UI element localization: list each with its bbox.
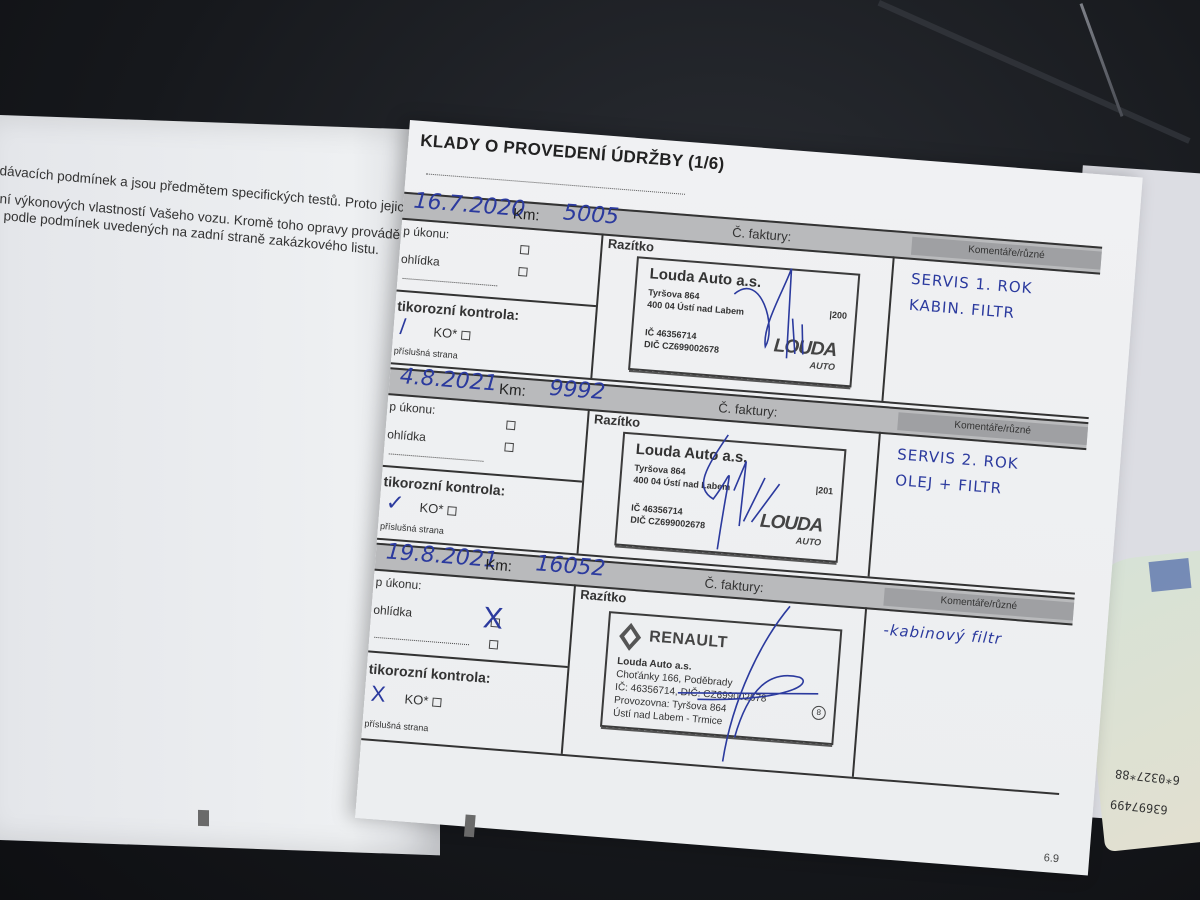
comment-line: -kabinový filtr	[883, 621, 1003, 648]
service-type-column: p úkonu: ohlídka X tikorozní kontrola: X…	[361, 569, 576, 754]
anticorrosion-label: tikorozní kontrola:	[397, 298, 520, 324]
stamp-label: Razítko	[607, 236, 654, 255]
comment-line: KABIN. FILTR	[908, 296, 1015, 322]
stamp-number: |200	[829, 310, 847, 321]
inspection-label: ohlídka	[401, 252, 441, 269]
stamp-column: Razítko RENAULT Louda Auto a.s. Choťánky…	[563, 584, 867, 776]
stamp-label: Razítko	[594, 411, 641, 430]
inspection-label: ohlídka	[373, 603, 413, 620]
comment-line: OLEJ + FILTR	[895, 471, 1003, 497]
louda-logo-sub: AUTO	[795, 536, 821, 548]
page-title: KLADY O PROVEDENÍ ÚDRŽBY (1/6)	[420, 131, 726, 175]
side-label: příslušná strana	[364, 718, 429, 733]
stamp-line: 400 04 Ústí nad Labem	[633, 475, 731, 493]
checkbox[interactable]	[506, 421, 516, 431]
ko-checkbox[interactable]	[432, 698, 442, 708]
service-type-label: p úkonu:	[403, 224, 450, 242]
service-type-column: p úkonu: ohlídka tikorozní kontrola: ✓ K…	[377, 393, 590, 553]
stamp-line: DIČ CZ699002678	[630, 515, 706, 531]
right-page: KLADY O PROVEDENÍ ÚDRŽBY (1/6) 16.7.2020…	[355, 120, 1143, 876]
seat-seam	[878, 0, 1191, 144]
checkbox[interactable]	[520, 245, 530, 255]
stamp-line: 400 04 Ústí nad Labem	[647, 299, 745, 317]
renault-logo-icon	[618, 622, 642, 652]
service-type-label: p úkonu:	[375, 575, 422, 593]
checkbox[interactable]	[504, 442, 514, 452]
dealer-stamp: Louda Auto a.s. Tyršova 864 400 04 Ústí …	[614, 432, 846, 563]
km-label: Km:	[512, 205, 540, 224]
ko-label: KO*	[419, 500, 444, 517]
stamp-column: Razítko Louda Auto a.s. Tyršova 864 400 …	[579, 409, 881, 576]
page-number: 6.9	[1043, 852, 1059, 865]
dotted-line	[374, 637, 469, 645]
side-label: příslušná strana	[393, 345, 458, 360]
renault-brand: RENAULT	[648, 628, 728, 652]
comments-column: -kabinový filtr	[854, 607, 1067, 792]
page-tab-marker	[198, 810, 209, 826]
invoice-label: Č. faktury:	[732, 225, 792, 245]
comments-column: SERVIS 1. ROK KABIN. FILTR	[883, 256, 1094, 416]
stamp-label: Razítko	[580, 587, 627, 606]
record-km: 9992	[548, 376, 606, 405]
record-km: 5005	[562, 200, 620, 229]
dealer-stamp: Louda Auto a.s. Tyršova 864 400 04 Ústí …	[628, 256, 860, 387]
stamp-column: Razítko Louda Auto a.s. Tyršova 864 400 …	[592, 234, 894, 401]
stamp-line: DIČ CZ699002678	[644, 339, 720, 355]
renault-stamp: RENAULT Louda Auto a.s. Choťánky 166, Po…	[600, 611, 842, 745]
km-label: Km:	[485, 556, 513, 575]
ko-label: KO*	[404, 691, 429, 708]
invoice-label: Č. faktury:	[704, 576, 764, 596]
side-label: příslušná strana	[380, 521, 445, 536]
comments-column: SERVIS 2. ROK OLEJ + FILTR	[870, 432, 1081, 592]
stamp-badge: 8	[811, 705, 826, 720]
dotted-line	[389, 453, 484, 461]
service-type-label: p úkonu:	[389, 399, 436, 417]
stamp-number: |201	[815, 485, 833, 496]
handwritten-mark: X	[370, 681, 387, 708]
ko-checkbox[interactable]	[447, 506, 457, 516]
comment-line: SERVIS 2. ROK	[897, 445, 1020, 472]
checkbox[interactable]	[518, 267, 528, 277]
ko-checkbox[interactable]	[461, 331, 471, 341]
comment-line: SERVIS 1. ROK	[910, 270, 1033, 297]
km-label: Km:	[498, 381, 526, 400]
stamp-company: Louda Auto a.s.	[649, 265, 762, 291]
louda-logo: LOUDA	[773, 335, 837, 362]
louda-logo-sub: AUTO	[809, 360, 835, 372]
service-type-column: p úkonu: ohlídka tikorozní kontrola: / K…	[391, 218, 604, 378]
record-km: 16052	[535, 551, 607, 581]
invoice-label: Č. faktury:	[718, 400, 778, 420]
inspection-label: ohlídka	[387, 427, 427, 444]
inspection-mark: X	[482, 601, 505, 636]
checkbox[interactable]	[489, 640, 499, 650]
handwritten-mark: ✓	[385, 489, 405, 516]
stamp-company: Louda Auto a.s.	[635, 441, 748, 467]
louda-logo: LOUDA	[759, 511, 823, 538]
handwritten-mark: /	[399, 314, 407, 340]
id-hologram	[1149, 558, 1192, 592]
dotted-line	[403, 278, 498, 286]
page-tab-marker	[464, 815, 476, 838]
ko-label: KO*	[433, 325, 458, 342]
record-date: 16.7.2020	[413, 189, 527, 223]
